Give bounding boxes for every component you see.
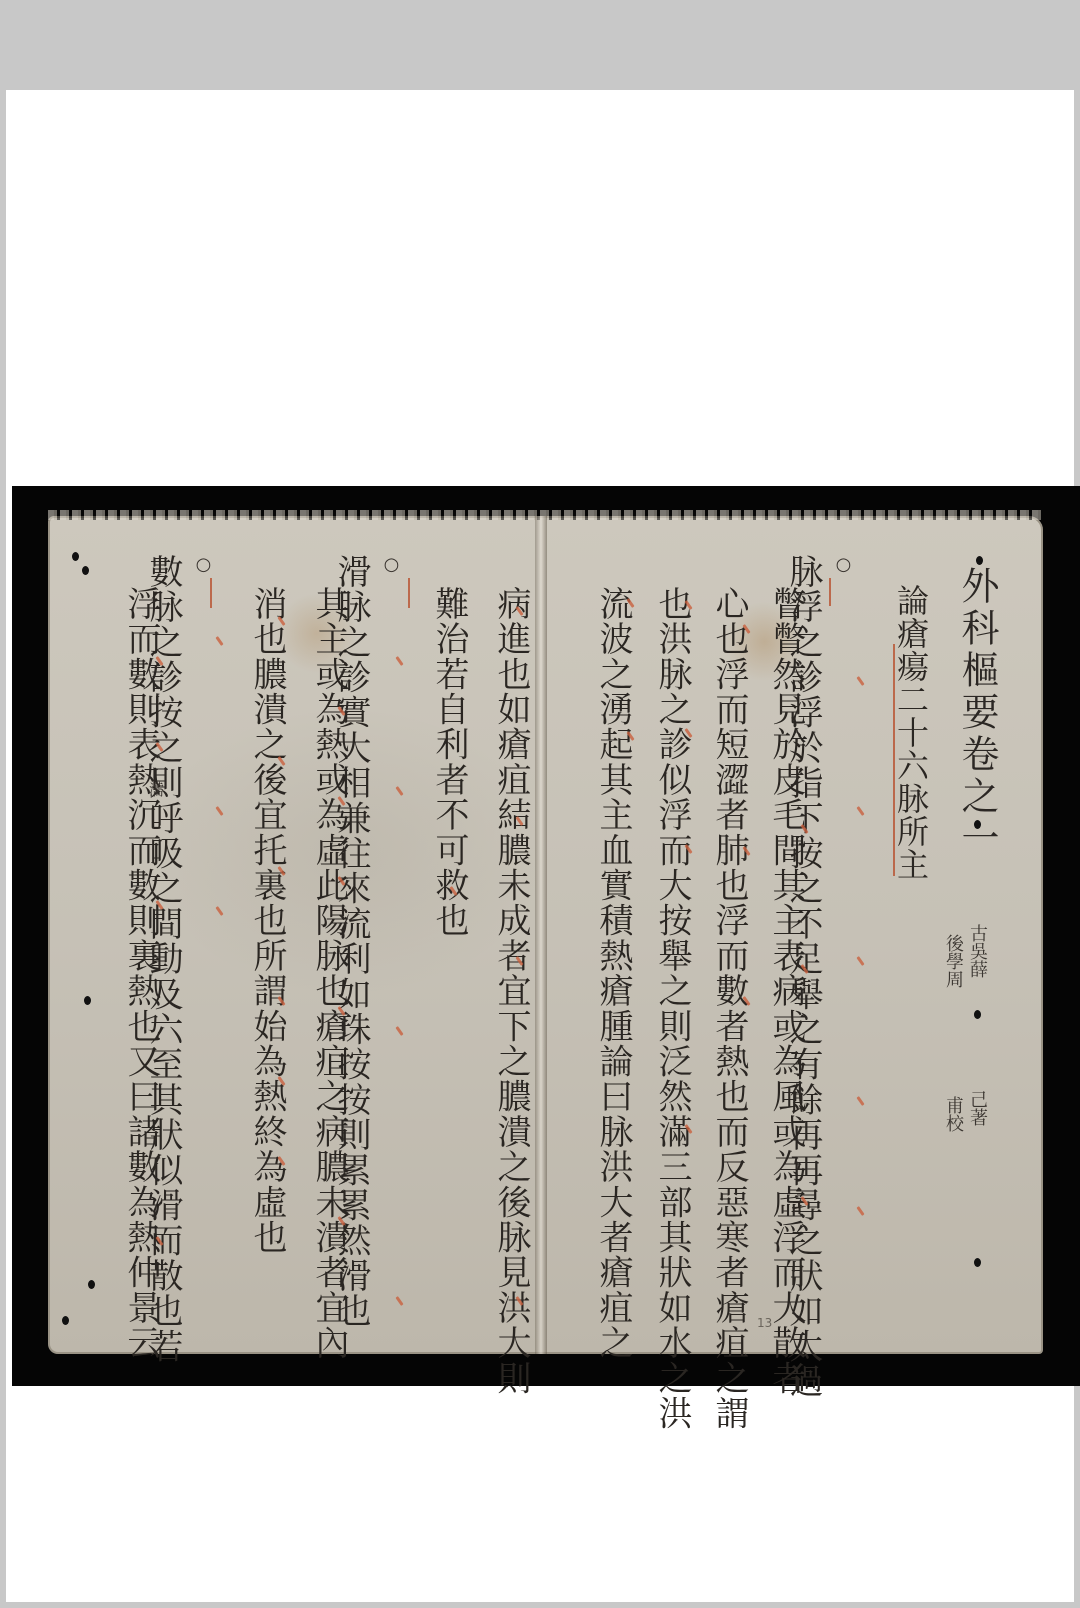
text-column: 浮而數則表熱沉而數則裏熱也又曰諸數為熱仲景云: [121, 586, 161, 1360]
section-marker: ○: [371, 554, 411, 1320]
page-number: 13: [757, 1316, 772, 1330]
manuscript-photo: 外科樞要卷之一 論瘡瘍二十六脉所主 古吳薛 己著 後學周 甫校 ○ 脉浮之診浮於…: [12, 486, 1080, 1386]
text-column: 病進也如瘡疽結膿未成者宜下之膿潰之後脉見洪大則: [491, 586, 531, 1396]
left-page: 病進也如瘡疽結膿未成者宜下之膿潰之後脉見洪大則 難治若自利者不可救也 ○ 滑脉之…: [48, 516, 535, 1354]
manuscript-paper: 外科樞要卷之一 論瘡瘍二十六脉所主 古吳薛 己著 後學周 甫校 ○ 脉浮之診浮於…: [48, 516, 1043, 1354]
book-fold-line: [535, 516, 547, 1354]
text-column: 其主或為熱或為虛此陽脉也瘡疽之病膿未潰者宜內: [309, 586, 349, 1360]
red-proper-noun-mark: [829, 578, 831, 606]
red-proper-noun-mark: [408, 578, 410, 608]
section-heading: 論瘡瘍二十六脉所主: [891, 584, 931, 881]
editor-credit-2: 甫校: [943, 1096, 963, 1132]
author-credit: 古吳薛: [967, 924, 987, 978]
text-column: 難治若自利者不可救也: [429, 586, 469, 938]
red-proper-noun-mark: [210, 578, 212, 608]
image-viewer-frame: 外科樞要卷之一 論瘡瘍二十六脉所主 古吳薛 己著 後學周 甫校 ○ 脉浮之診浮於…: [6, 90, 1074, 1602]
book-title: 外科樞要卷之一: [957, 566, 997, 860]
red-underline: [893, 644, 895, 876]
section-marker: ○: [183, 554, 223, 1356]
text-column: 心也浮而短澀者肺也浮而數者熱也而反惡寒者瘡疽之謂: [709, 586, 749, 1431]
text-column: 流波之湧起其主血實積熱瘡腫論曰脉洪大者瘡疽之: [593, 586, 633, 1360]
editor-credit: 後學周: [943, 934, 963, 988]
marginal-note: 濡: [148, 782, 164, 798]
text-column: 瞥瞥然見於皮毛間其主表病或為風或為虛浮而大散者: [766, 586, 806, 1396]
text-column: 也洪脉之診似浮而大按舉之則泛然滿三部其狀如水之洪: [652, 586, 692, 1431]
text-column: 消也膿潰之後宜托裏也所謂始為熱終為虛也: [247, 586, 287, 1255]
right-page: 外科樞要卷之一 論瘡瘍二十六脉所主 古吳薛 己著 後學周 甫校 ○ 脉浮之診浮於…: [547, 516, 1043, 1354]
author-credit-2: 己著: [967, 1090, 987, 1126]
